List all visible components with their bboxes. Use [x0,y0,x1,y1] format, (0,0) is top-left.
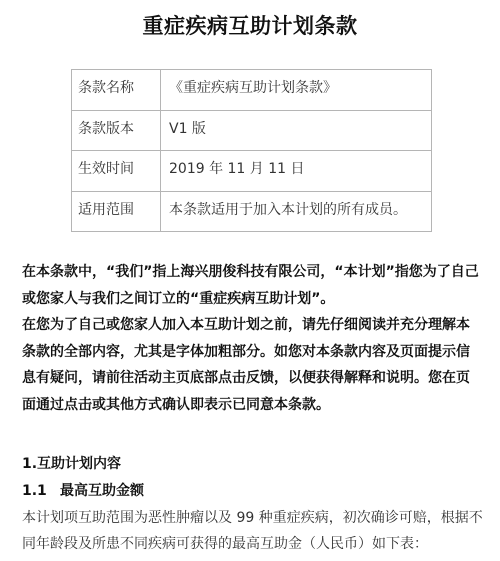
subsection-title: 最高互助金额 [60,483,144,499]
table-cell-value: 本条款适用于加入本计划的所有成员。 [161,191,432,232]
table-cell-label: 条款版本 [72,110,161,151]
terms-info-table: 条款名称 《重症疾病互助计划条款》 条款版本 V1 版 生效时间 2019 年 … [71,69,432,232]
subsection-body-text: 本计划项互助范围为恶性肿瘤以及 99 种重症疾病，初次确诊可赔，根据不同年龄段及… [22,505,488,557]
table-cell-label: 生效时间 [72,151,161,192]
table-cell-label: 适用范围 [72,191,161,232]
table-cell-value: 2019 年 11 月 11 日 [161,151,432,192]
table-cell-label: 条款名称 [72,70,161,111]
intro-paragraph-definitions: 在本条款中，“我们”指上海兴朋俊科技有限公司，“本计划”指您为了自己或您家人与我… [22,259,482,312]
table-row-terms-name: 条款名称 《重症疾病互助计划条款》 [72,70,432,111]
table-row-terms-version: 条款版本 V1 版 [72,110,432,151]
document-title: 重症疾病互助计划条款 [0,10,500,40]
table-row-effective-date: 生效时间 2019 年 11 月 11 日 [72,151,432,192]
subsection-heading-1-1: 1.1最高互助金额 [22,480,144,500]
subsection-number: 1.1 [22,483,60,499]
table-cell-value: 《重症疾病互助计划条款》 [161,70,432,111]
table-cell-value: V1 版 [161,110,432,151]
table-row-scope: 适用范围 本条款适用于加入本计划的所有成员。 [72,191,432,232]
intro-paragraph-notice: 在您为了自己或您家人加入本互助计划之前，请先仔细阅读并充分理解本条款的全部内容，… [22,312,482,418]
section-heading-1: 1.互助计划内容 [22,453,121,473]
